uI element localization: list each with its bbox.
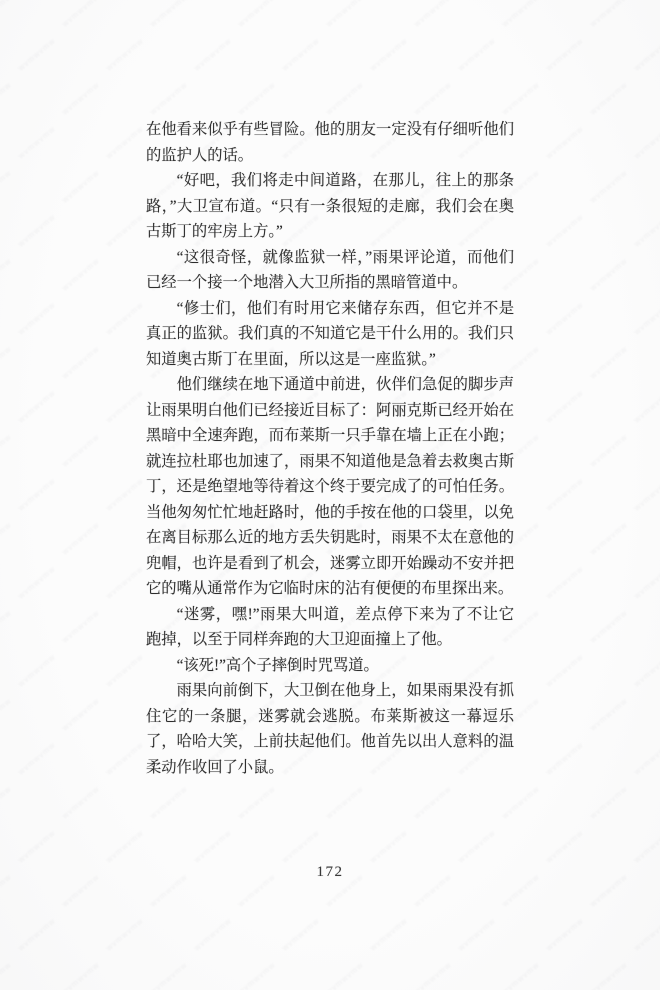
watermark-tile: wvmwvmw <box>104 300 145 336</box>
watermark-tile: wvmwvmw <box>544 476 585 512</box>
watermark-tile: wvmwvmw <box>60 168 101 204</box>
watermark-tile: wvmwvmw <box>632 124 660 160</box>
watermark-tile: wvmwvmw <box>324 960 365 990</box>
watermark-tile: wvmwvmw <box>236 80 277 116</box>
watermark-tile: wvmwvmw <box>60 784 101 820</box>
watermark-tile: wvmwvmw <box>60 0 101 29</box>
watermark-tile: wvmwvmw <box>588 696 629 732</box>
watermark-tile: wvmwvmw <box>104 124 145 160</box>
watermark-tile: wvmwvmw <box>632 300 660 336</box>
watermark-tile: wvmwvmw <box>192 916 233 952</box>
watermark-tile: wvmwvmw <box>104 212 145 248</box>
watermark-tile: wvmwvmw <box>500 960 541 990</box>
watermark-tile: wvmwvmw <box>412 80 453 116</box>
watermark-tile: wvmwvmw <box>16 36 57 72</box>
watermark-tile: wvmwvmw <box>236 784 277 820</box>
watermark-tile: wvmwvmw <box>544 388 585 424</box>
paragraph: “迷雾，嘿!”雨果大叫道，差点停下来为了不让它跑掉，以至于同样奔跑的大卫迎面撞上… <box>146 602 514 653</box>
watermark-tile: wvmwvmw <box>16 300 57 336</box>
watermark-tile: wvmwvmw <box>60 256 101 292</box>
watermark-tile: wvmwvmw <box>236 0 277 29</box>
watermark-tile: wvmwvmw <box>0 872 13 908</box>
watermark-tile: wvmwvmw <box>632 740 660 776</box>
watermark-tile: wvmwvmw <box>192 36 233 72</box>
watermark-tile: wvmwvmw <box>104 564 145 600</box>
paragraph: 在他看来似乎有些冒险。他的朋友一定没有仔细听他们的监护人的话。 <box>146 117 514 168</box>
watermark-tile: wvmwvmw <box>632 916 660 952</box>
watermark-tile: wvmwvmw <box>456 916 497 952</box>
book-page: wvmwvmwwvmwvmwwvmwvmwwvmwvmwwvmwvmwwvmwv… <box>0 0 660 990</box>
watermark-tile: wvmwvmw <box>16 476 57 512</box>
watermark-tile: wvmwvmw <box>632 36 660 72</box>
watermark-tile: wvmwvmw <box>324 784 365 820</box>
watermark-tile: wvmwvmw <box>148 0 189 29</box>
watermark-tile: wvmwvmw <box>324 80 365 116</box>
watermark-tile: wvmwvmw <box>632 476 660 512</box>
watermark-tile: wvmwvmw <box>456 36 497 72</box>
watermark-tile: wvmwvmw <box>588 520 629 556</box>
watermark-tile: wvmwvmw <box>0 696 13 732</box>
watermark-tile: wvmwvmw <box>60 960 101 990</box>
watermark-tile: wvmwvmw <box>148 784 189 820</box>
watermark-tile: wvmwvmw <box>588 168 629 204</box>
watermark-tile: wvmwvmw <box>16 564 57 600</box>
watermark-tile: wvmwvmw <box>16 652 57 688</box>
paragraph: “该死!”高个子摔倒时咒骂道。 <box>146 653 514 679</box>
watermark-tile: wvmwvmw <box>544 124 585 160</box>
watermark-tile: wvmwvmw <box>280 916 321 952</box>
watermark-tile: wvmwvmw <box>192 828 233 864</box>
watermark-tile: wvmwvmw <box>60 872 101 908</box>
watermark-tile: wvmwvmw <box>104 652 145 688</box>
watermark-tile: wvmwvmw <box>588 0 629 29</box>
watermark-tile: wvmwvmw <box>500 784 541 820</box>
watermark-tile: wvmwvmw <box>412 784 453 820</box>
watermark-tile: wvmwvmw <box>588 960 629 990</box>
watermark-tile: wvmwvmw <box>104 388 145 424</box>
watermark-tile: wvmwvmw <box>0 960 13 990</box>
watermark-tile: wvmwvmw <box>16 124 57 160</box>
paragraph: 他们继续在地下通道中前进，伙伴们急促的脚步声让雨果明白他们已经接近目标了：阿丽克… <box>146 372 514 602</box>
watermark-tile: wvmwvmw <box>148 960 189 990</box>
watermark-tile: wvmwvmw <box>412 0 453 29</box>
watermark-tile: wvmwvmw <box>588 784 629 820</box>
watermark-tile: wvmwvmw <box>368 36 409 72</box>
watermark-tile: wvmwvmw <box>60 608 101 644</box>
watermark-tile: wvmwvmw <box>280 828 321 864</box>
watermark-tile: wvmwvmw <box>544 212 585 248</box>
watermark-tile: wvmwvmw <box>60 432 101 468</box>
watermark-tile: wvmwvmw <box>0 256 13 292</box>
watermark-tile: wvmwvmw <box>148 80 189 116</box>
watermark-tile: wvmwvmw <box>0 520 13 556</box>
watermark-tile: wvmwvmw <box>412 960 453 990</box>
watermark-tile: wvmwvmw <box>0 168 13 204</box>
watermark-tile: wvmwvmw <box>60 80 101 116</box>
watermark-tile: wvmwvmw <box>104 828 145 864</box>
watermark-tile: wvmwvmw <box>60 344 101 380</box>
watermark-tile: wvmwvmw <box>544 36 585 72</box>
watermark-tile: wvmwvmw <box>500 0 541 29</box>
watermark-tile: wvmwvmw <box>588 608 629 644</box>
paragraph: 雨果向前倒下，大卫倒在他身上，如果雨果没有抓住它的一条腿，迷雾就会逃脱。布莱斯被… <box>146 678 514 780</box>
watermark-tile: wvmwvmw <box>632 212 660 248</box>
watermark-tile: wvmwvmw <box>280 36 321 72</box>
watermark-tile: wvmwvmw <box>0 344 13 380</box>
watermark-tile: wvmwvmw <box>16 388 57 424</box>
watermark-tile: wvmwvmw <box>632 828 660 864</box>
watermark-tile: wvmwvmw <box>544 916 585 952</box>
watermark-tile: wvmwvmw <box>0 0 13 29</box>
watermark-tile: wvmwvmw <box>104 916 145 952</box>
watermark-tile: wvmwvmw <box>588 344 629 380</box>
paragraph: “这很奇怪，就像监狱一样，”雨果评论道，而他们已经一个接一个地潜入大卫所指的黑暗… <box>146 245 514 296</box>
paragraph: “修士们，他们有时用它来储存东西，但它并不是真正的监狱。我们真的不知道它是干什么… <box>146 296 514 373</box>
watermark-tile: wvmwvmw <box>60 696 101 732</box>
watermark-tile: wvmwvmw <box>588 432 629 468</box>
watermark-tile: wvmwvmw <box>632 564 660 600</box>
watermark-tile: wvmwvmw <box>544 652 585 688</box>
watermark-tile: wvmwvmw <box>588 256 629 292</box>
watermark-tile: wvmwvmw <box>632 652 660 688</box>
text-block: 在他看来似乎有些冒险。他的朋友一定没有仔细听他们的监护人的话。“好吧，我们将走中… <box>146 117 514 780</box>
watermark-tile: wvmwvmw <box>104 476 145 512</box>
watermark-tile: wvmwvmw <box>368 916 409 952</box>
watermark-tile: wvmwvmw <box>544 740 585 776</box>
watermark-tile: wvmwvmw <box>0 432 13 468</box>
watermark-tile: wvmwvmw <box>456 828 497 864</box>
watermark-tile: wvmwvmw <box>16 828 57 864</box>
watermark-tile: wvmwvmw <box>0 80 13 116</box>
watermark-tile: wvmwvmw <box>324 0 365 29</box>
watermark-tile: wvmwvmw <box>16 916 57 952</box>
watermark-tile: wvmwvmw <box>0 608 13 644</box>
watermark-tile: wvmwvmw <box>632 388 660 424</box>
watermark-tile: wvmwvmw <box>588 872 629 908</box>
watermark-tile: wvmwvmw <box>16 212 57 248</box>
watermark-tile: wvmwvmw <box>500 80 541 116</box>
watermark-tile: wvmwvmw <box>544 300 585 336</box>
watermark-tile: wvmwvmw <box>588 80 629 116</box>
paragraph: “好吧，我们将走中间道路，在那儿，往上的那条路，”大卫宣布道。“只有一条很短的走… <box>146 168 514 245</box>
watermark-tile: wvmwvmw <box>368 828 409 864</box>
watermark-tile: wvmwvmw <box>544 564 585 600</box>
watermark-tile: wvmwvmw <box>236 960 277 990</box>
watermark-tile: wvmwvmw <box>16 740 57 776</box>
watermark-tile: wvmwvmw <box>0 784 13 820</box>
watermark-tile: wvmwvmw <box>104 740 145 776</box>
watermark-tile: wvmwvmw <box>60 520 101 556</box>
page-number: 172 <box>146 864 514 881</box>
watermark-tile: wvmwvmw <box>544 828 585 864</box>
watermark-tile: wvmwvmw <box>104 36 145 72</box>
